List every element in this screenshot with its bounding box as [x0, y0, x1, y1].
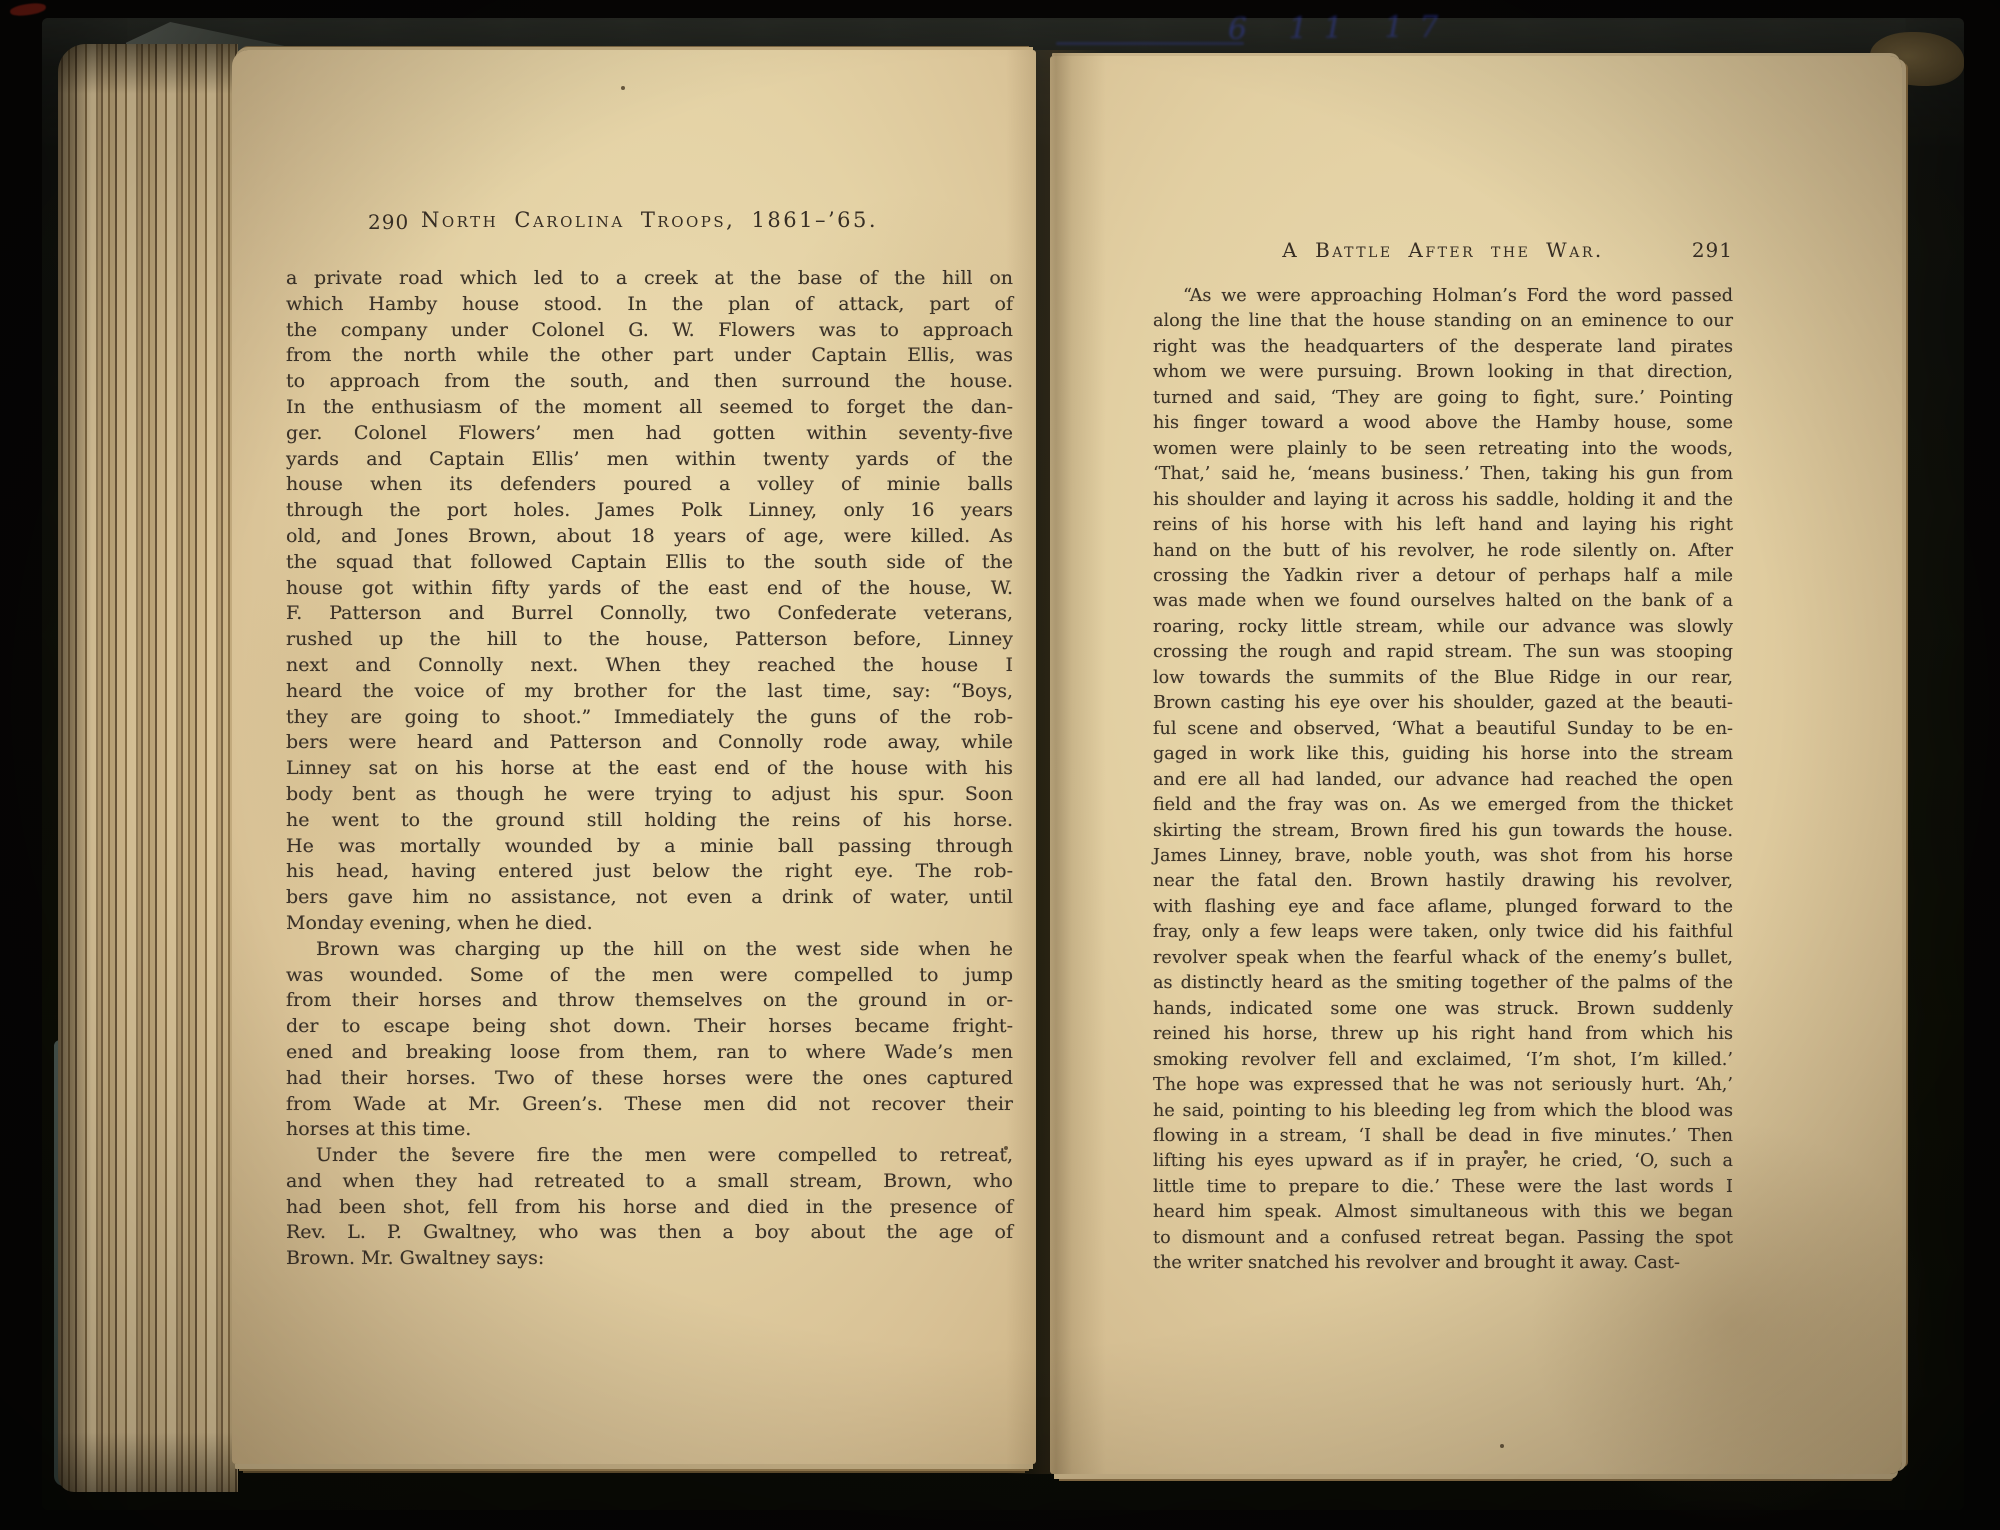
- text-line: house when its defenders poured a volley…: [286, 472, 1013, 498]
- text-line: hands, indicated some one was struck. Br…: [1153, 997, 1733, 1022]
- text-line: bers gave him no assistance, not even a …: [286, 885, 1013, 911]
- text-line: Brown. Mr. Gwaltney says:: [286, 1246, 1013, 1272]
- text-line: a private road which led to a creek at t…: [286, 266, 1013, 292]
- text-line: through the port holes. James Polk Linne…: [286, 498, 1013, 524]
- ink-speck: [621, 86, 625, 90]
- text-line: his finger toward a wood above the Hamby…: [1153, 411, 1733, 436]
- text-line: “As we were approaching Holman’s Ford th…: [1153, 284, 1733, 309]
- text-line: skirting the stream, Brown fired his gun…: [1153, 819, 1733, 844]
- text-line: Rev. L. P. Gwaltney, who was then a boy …: [286, 1220, 1013, 1246]
- text-line: the company under Colonel G. W. Flowers …: [286, 318, 1013, 344]
- text-line: turned and said, ‘They are going to figh…: [1153, 386, 1733, 411]
- text-line: along the line that the house standing o…: [1153, 309, 1733, 334]
- right-page: A Battle After the War. 291 “As we were …: [1050, 56, 1902, 1474]
- text-line: In the enthusiasm of the moment all seem…: [286, 395, 1013, 421]
- text-line: was made when we found ourselves halted …: [1153, 589, 1733, 614]
- handwriting-stroke: [1056, 42, 1244, 45]
- text-line: hand on the butt of his revolver, he rod…: [1153, 539, 1733, 564]
- text-line: had their horses. Two of these horses we…: [286, 1066, 1013, 1092]
- text-line: they are going to shoot.” Immediately th…: [286, 705, 1013, 731]
- text-line: with flashing eye and face aflame, plung…: [1153, 895, 1733, 920]
- text-line: was wounded. Some of the men were compel…: [286, 963, 1013, 989]
- text-line: reins of his horse with his left hand an…: [1153, 513, 1733, 538]
- text-line: from Wade at Mr. Green’s. These men did …: [286, 1092, 1013, 1118]
- text-line: rushed up the hill to the house, Patters…: [286, 627, 1013, 653]
- text-line: and when they had retreated to a small s…: [286, 1169, 1013, 1195]
- text-line: the squad that followed Captain Ellis to…: [286, 550, 1013, 576]
- text-line: near the fatal den. Brown hastily drawin…: [1153, 869, 1733, 894]
- text-line: Brown was charging up the hill on the we…: [286, 937, 1013, 963]
- text-line: yards and Captain Ellis’ men within twen…: [286, 447, 1013, 473]
- text-line: body bent as though he were trying to ad…: [286, 782, 1013, 808]
- text-line: his head, having entered just below the …: [286, 859, 1013, 885]
- red-edge-mark: [9, 2, 46, 18]
- text-line: revolver speak when the fearful whack of…: [1153, 946, 1733, 971]
- right-page-number: 291: [1153, 238, 1733, 262]
- text-line: from their horses and throw themselves o…: [286, 988, 1013, 1014]
- text-line: Monday evening, when he died.: [286, 911, 1013, 937]
- text-line: as distinctly heard as the smiting toget…: [1153, 971, 1733, 996]
- text-line: reined his horse, threw up his right han…: [1153, 1022, 1733, 1047]
- text-line: which Hamby house stood. In the plan of …: [286, 292, 1013, 318]
- text-line: roaring, rocky little stream, while our …: [1153, 615, 1733, 640]
- text-line: ger. Colonel Flowers’ men had gotten wit…: [286, 421, 1013, 447]
- text-line: heard the voice of my brother for the la…: [286, 679, 1013, 705]
- text-line: to approach from the south, and then sur…: [286, 369, 1013, 395]
- ink-speck: [1500, 1444, 1504, 1448]
- page-stack-fore-edge: [58, 44, 238, 1492]
- text-line: to dismount and a confused retreat began…: [1153, 1226, 1733, 1251]
- text-line: next and Connolly next. When they reache…: [286, 653, 1013, 679]
- text-line: he said, pointing to his bleeding leg fr…: [1153, 1099, 1733, 1124]
- text-line: flowing in a stream, ‘I shall be dead in…: [1153, 1124, 1733, 1149]
- left-page-body: a private road which led to a creek at t…: [286, 266, 1013, 1272]
- text-line: little time to prepare to die.’ These we…: [1153, 1175, 1733, 1200]
- text-line: field and the fray was on. As we emerged…: [1153, 793, 1733, 818]
- text-line: he went to the ground still holding the …: [286, 808, 1013, 834]
- text-line: bers were heard and Patterson and Connol…: [286, 730, 1013, 756]
- text-line: Under the severe fire the men were compe…: [286, 1143, 1013, 1169]
- text-line: right was the headquarters of the desper…: [1153, 335, 1733, 360]
- text-line: crossing the rough and rapid stream. The…: [1153, 640, 1733, 665]
- photo-background: 290 North Carolina Troops, 1861–’65. a p…: [0, 0, 2000, 1530]
- text-line: his shoulder and laying it across his sa…: [1153, 488, 1733, 513]
- text-line: Brown casting his eye over his shoulder,…: [1153, 691, 1733, 716]
- text-line: lifting his eyes upward as if in prayer,…: [1153, 1149, 1733, 1174]
- handwriting-mark: 6 11 17: [1228, 8, 1648, 56]
- text-line: and ere all had landed, our advance had …: [1153, 768, 1733, 793]
- text-line: crossing the Yadkin river a detour of pe…: [1153, 564, 1733, 589]
- text-line: horses at this time.: [286, 1117, 1013, 1143]
- right-page-body: “As we were approaching Holman’s Ford th…: [1153, 284, 1733, 1277]
- text-line: from the north while the other part unde…: [286, 343, 1013, 369]
- text-line: smoking revolver fell and exclaimed, ‘I’…: [1153, 1048, 1733, 1073]
- left-page: 290 North Carolina Troops, 1861–’65. a p…: [232, 50, 1036, 1464]
- text-line: gaged in work like this, guiding his hor…: [1153, 742, 1733, 767]
- text-line: fray, only a few leaps were taken, only …: [1153, 920, 1733, 945]
- text-line: ened and breaking loose from them, ran t…: [286, 1040, 1013, 1066]
- text-line: Linney sat on his horse at the east end …: [286, 756, 1013, 782]
- text-line: ‘That,’ said he, ‘means business.’ Then,…: [1153, 462, 1733, 487]
- text-line: old, and Jones Brown, about 18 years of …: [286, 524, 1013, 550]
- text-line: The hope was expressed that he was not s…: [1153, 1073, 1733, 1098]
- text-line: women were plainly to be seen retreating…: [1153, 437, 1733, 462]
- text-line: the writer snatched his revolver and bro…: [1153, 1251, 1733, 1276]
- text-line: ful scene and observed, ‘What a beautifu…: [1153, 717, 1733, 742]
- text-line: der to escape being shot down. Their hor…: [286, 1014, 1013, 1040]
- left-running-header: North Carolina Troops, 1861–’65.: [286, 208, 1013, 232]
- text-line: F. Patterson and Burrel Connolly, two Co…: [286, 601, 1013, 627]
- text-line: low towards the summits of the Blue Ridg…: [1153, 666, 1733, 691]
- text-line: He was mortally wounded by a minie ball …: [286, 834, 1013, 860]
- text-line: heard him speak. Almost simultaneous wit…: [1153, 1200, 1733, 1225]
- text-line: house got within fifty yards of the east…: [286, 576, 1013, 602]
- text-line: James Linney, brave, noble youth, was sh…: [1153, 844, 1733, 869]
- text-line: had been shot, fell from his horse and d…: [286, 1195, 1013, 1221]
- text-line: whom we were pursuing. Brown looking in …: [1153, 360, 1733, 385]
